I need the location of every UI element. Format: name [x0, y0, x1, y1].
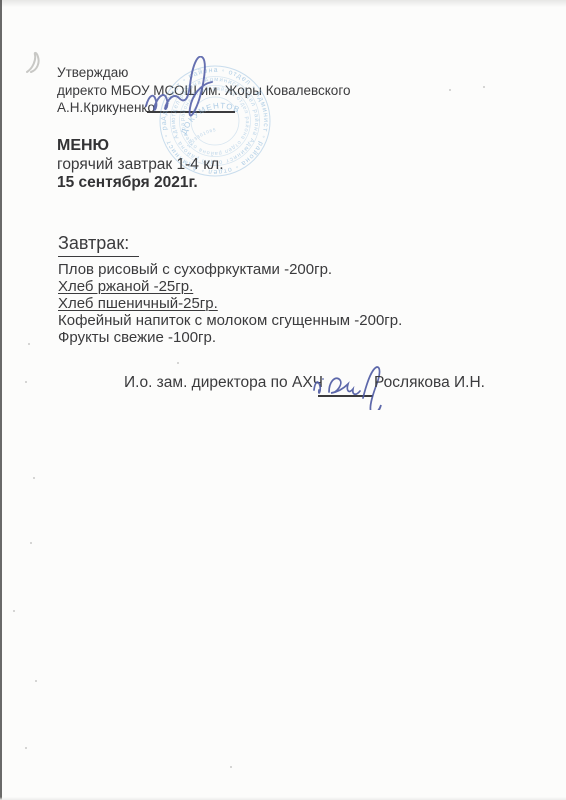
dust-speck: [30, 542, 32, 544]
menu-title: МЕНЮ: [57, 137, 224, 156]
dust-speck: [177, 362, 179, 364]
menu-item: Хлеб ржаной -25гр.: [58, 278, 402, 295]
menu-item: Фрукты свежие -100гр.: [58, 329, 402, 346]
menu-subtitle: горячий завтрак 1-4 кл.: [57, 156, 224, 175]
dust-speck: [35, 680, 37, 682]
dust-speck: [33, 477, 35, 479]
breakfast-heading: Завтрак:: [58, 233, 139, 257]
menu-item: Кофейный напиток с молоком сгущенным -20…: [58, 312, 402, 329]
paper-smudge-mark: [26, 48, 48, 78]
signoff-name: Рослякова И.Н.: [374, 374, 485, 392]
menu-item: Хлеб пшеничный-25гр.: [58, 295, 402, 312]
dust-speck: [449, 89, 451, 91]
menu-date: 15 сентября 2021г.: [57, 174, 224, 193]
dust-speck: [483, 86, 485, 88]
dust-speck: [25, 747, 27, 749]
scanned-document-page: Утверждаю директо МБОУ МСОШ им. Жоры Ков…: [0, 0, 566, 800]
menu-item: Плов рисовый с сухофркуктами -200гр.: [58, 261, 402, 278]
director-handwritten-signature: [138, 56, 248, 144]
dust-speck: [28, 343, 30, 345]
dust-speck: [230, 766, 232, 768]
menu-items: Плов рисовый с сухофркуктами -200гр.Хлеб…: [58, 261, 402, 346]
signoff-title: И.о. зам. директора по АХЧ: [124, 374, 323, 392]
menu-header-block: МЕНЮ горячий завтрак 1-4 кл. 15 сентября…: [57, 137, 224, 193]
breakfast-section: Завтрак: Плов рисовый с сухофркуктами -2…: [58, 233, 402, 346]
dust-speck: [25, 381, 27, 383]
scan-edge-left: [0, 0, 2, 800]
dust-speck: [13, 610, 15, 612]
scan-edge-top: [0, 0, 566, 7]
